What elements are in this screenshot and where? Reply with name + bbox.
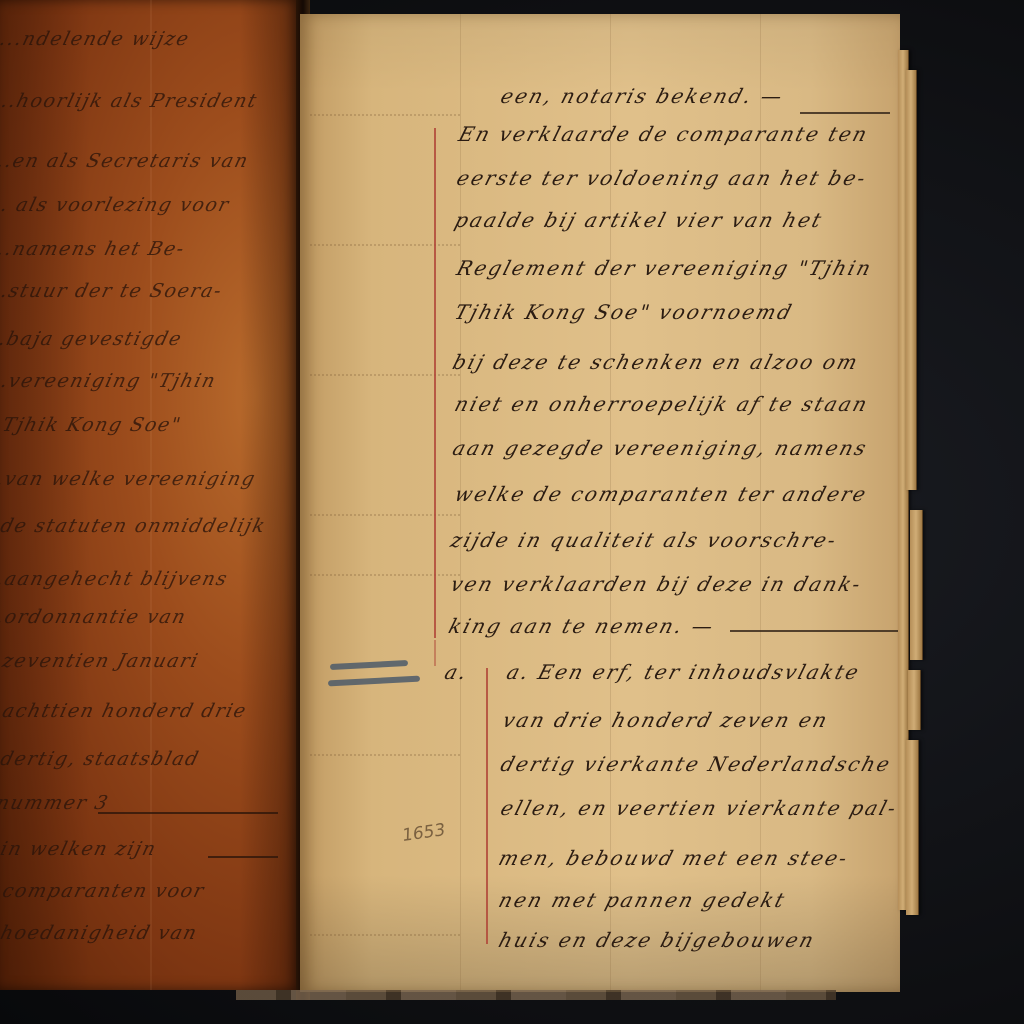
bleed-through [310,934,460,937]
left-line: ...achttien honderd drie [0,700,250,722]
manuscript-line: eerste ter voldoening aan het be- [454,166,870,190]
left-line: ...stuur der te Soera- [0,280,225,302]
manuscript-line: bij deze te schenken en alzoo om [450,350,862,374]
manuscript-line: welke de comparanten ter andere [452,482,871,506]
left-line: ...Tjhik Kong Soe" [0,414,184,436]
manuscript-line: aan gezegde vereeniging, namens [450,436,871,460]
book-photograph: ...ndelende wijze ...hoorlijk als Presid… [0,0,1024,1024]
bleed-through [310,514,460,517]
manuscript-line: niet en onherroepelijk af te staan [452,392,872,416]
bleed-through [310,374,460,377]
left-page: ...ndelende wijze ...hoorlijk als Presid… [0,0,303,990]
left-line: ...nummer 3 [0,792,111,814]
left-line: ...van welke vereeniging [0,468,258,490]
ink-rule [208,856,278,858]
ink-rule [800,112,890,114]
manuscript-line: men, bebouwd met een stee- [496,846,852,870]
manuscript-line: ven verklaarden bij deze in dank- [448,572,865,596]
margin-rule [486,668,488,944]
left-line: ...de statuten onmiddelijk [0,515,269,537]
left-line: ...ndelende wijze [0,28,192,50]
manuscript-line: En verklaarde de comparante ten [456,122,872,146]
manuscript-line: huis en deze bijgebouwen [496,928,819,952]
manuscript-line: van drie honderd zeven en [500,708,832,732]
page-leaf [906,740,919,915]
left-line: ...ordonnantie van [0,606,189,628]
manuscript-line: ellen, en veertien vierkante pal- [498,796,901,820]
page-leaf [908,670,921,730]
ink-rule [730,630,900,632]
page-leaf [906,70,917,490]
manuscript-line: Tjhik Kong Soe" voornoemd [452,300,796,324]
left-line: ...namens het Be- [0,238,188,260]
page-fore-edge [896,50,930,920]
margin-rule [434,128,436,638]
bleed-through [310,574,460,577]
left-line: ...in welken zijn [0,838,159,860]
bleed-through [310,754,460,757]
left-line: ...dertig, staatsblad [0,748,202,770]
manuscript-line: king aan te nemen. — [446,614,718,638]
ink-rule [98,812,278,814]
manuscript-line: dertig vierkante Nederlandsche [498,752,895,776]
left-line: ...hoorlijk als President [0,90,260,112]
left-line: ...hoedanigheid van [0,922,200,944]
page-bottom-edge [236,990,836,1000]
left-line: ...zeventien Januari [0,650,201,672]
manuscript-line: paalde bij artikel vier van het [452,208,826,232]
left-line: ...comparanten voor [0,880,207,902]
left-line: ...vereeniging "Tjhin [0,370,219,392]
left-line: ...aangehecht blijvens [0,568,231,590]
manuscript-line: zijde in qualiteit als voorschre- [448,528,841,552]
margin-rule [434,640,436,666]
left-line: ...baja gevestigde [0,328,185,350]
manuscript-line: nen met pannen gedekt [496,888,789,912]
left-line: ... als voorlezing voor [0,194,232,216]
manuscript-line: Reglement der vereeniging "Tjhin [454,256,876,280]
left-line: ...en als Secretaris van [0,150,251,172]
bleed-through [310,244,460,247]
manuscript-line: a. Een erf, ter inhoudsvlakte [504,660,863,684]
bleed-through [310,114,460,117]
manuscript-line: een, notaris bekend. — [498,84,787,108]
page-leaf [910,510,923,660]
